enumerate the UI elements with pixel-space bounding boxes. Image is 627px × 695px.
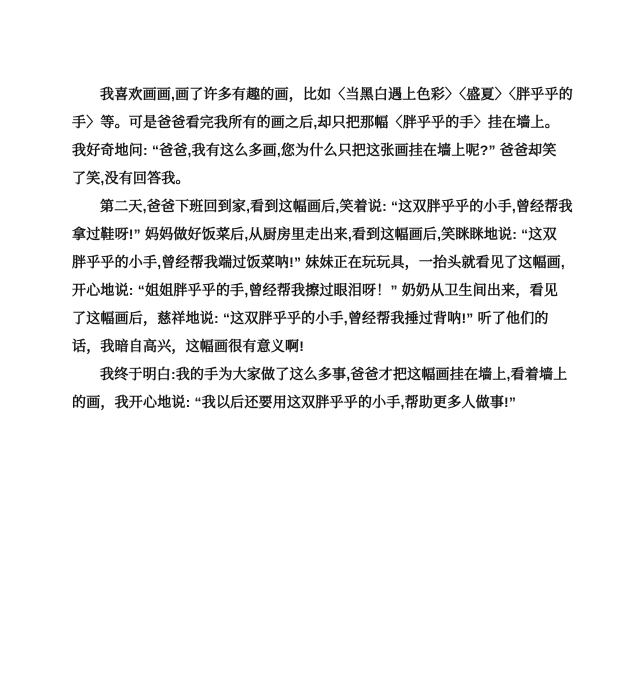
text-line: 了这幅画后，慈祥地说: “这双胖乎乎的小手,曾经帮我捶过背呐!” 听了他们的 (72, 304, 530, 332)
essay-text-block: 我喜欢画画,画了许多有趣的画，比如〈当黑白遇上色彩〉〈盛夏〉〈胖乎乎的 手〉等。… (72, 80, 530, 416)
text-line: 我好奇地问: “爸爸,我有这么多画,您为什么只把这张画挂在墙上呢?” 爸爸却笑 (72, 136, 530, 164)
text-line: 话，我暗自高兴，这幅画很有意义啊! (72, 332, 530, 360)
text-line: 我喜欢画画,画了许多有趣的画，比如〈当黑白遇上色彩〉〈盛夏〉〈胖乎乎的 (72, 80, 530, 108)
text-line: 第二天,爸爸下班回到家,看到这幅画后,笑着说: “这双胖乎乎的小手,曾经帮我 (72, 192, 530, 220)
text-line: 拿过鞋呀!” 妈妈做好饭菜后,从厨房里走出来,看到这幅画后,笑眯眯地说: “这双 (72, 220, 530, 248)
document-page: 我喜欢画画,画了许多有趣的画，比如〈当黑白遇上色彩〉〈盛夏〉〈胖乎乎的 手〉等。… (0, 0, 627, 695)
text-line: 手〉等。可是爸爸看完我所有的画之后,却只把那幅〈胖乎乎的手〉挂在墙上。 (72, 108, 530, 136)
text-line: 了笑,没有回答我。 (72, 164, 530, 192)
text-line: 的画，我开心地说: “我以后还要用这双胖乎乎的小手,帮助更多人做事!” (72, 388, 530, 416)
text-line: 我终于明白:我的手为大家做了这么多事,爸爸才把这幅画挂在墙上,看着墙上 (72, 360, 530, 388)
text-line: 开心地说: “姐姐胖乎乎的手,曾经帮我擦过眼泪呀！” 奶奶从卫生间出来，看见 (72, 276, 530, 304)
text-line: 胖乎乎的小手,曾经帮我端过饭菜呐!” 妹妹正在玩玩具，一抬头就看见了这幅画, (72, 248, 530, 276)
